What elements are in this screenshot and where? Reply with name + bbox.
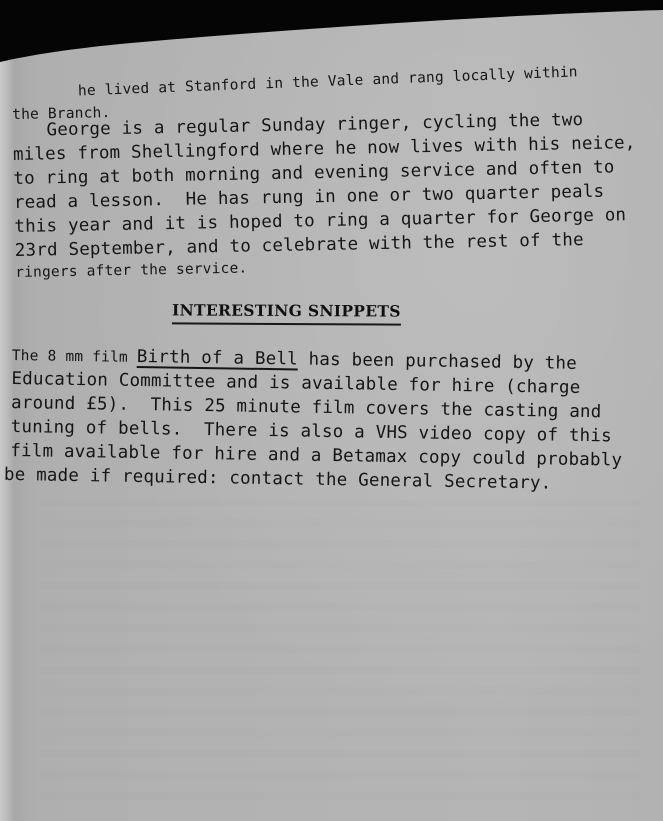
document-page: he lived at Stanford in the Vale and ran… [0,0,663,821]
film-title: Birth of a Bell [137,347,298,370]
text-line: ringers after the service. [15,258,248,284]
reverse-side-bleed-through [40,500,640,800]
paragraph-film: The 8 mm film Birth of a Bell has been p… [12,344,624,354]
text-fragment: has been purchased by the [298,349,577,373]
text-fragment: The 8 mm film [12,348,137,366]
text-line-content: he lived at Stanford in the Vale and ran… [78,64,578,99]
section-heading: INTERESTING SNIPPETS [172,300,401,325]
